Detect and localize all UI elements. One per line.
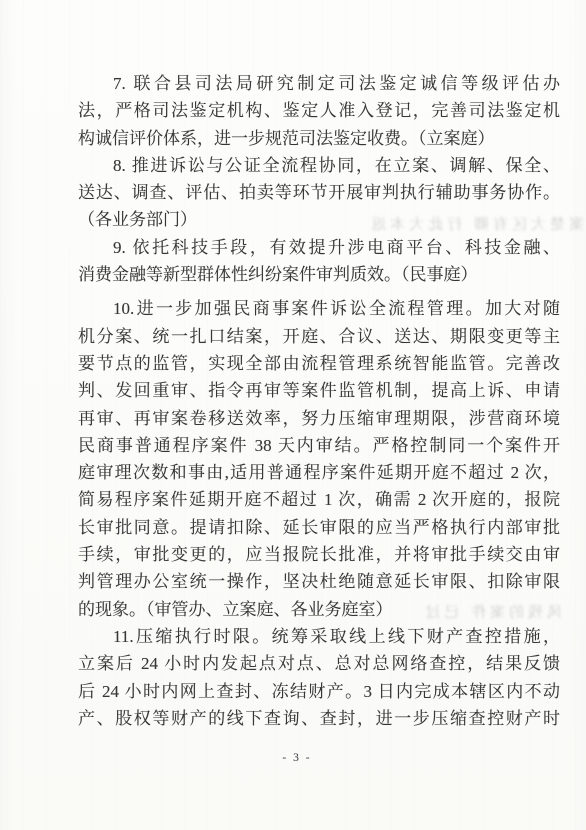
text-line: 消费金融等新型群体性纠纷案件审判质效。（民事庭） — [78, 261, 560, 288]
text-line: 送达、调查、评估、拍卖等环节开展审判执行辅助事务协作。 — [78, 179, 560, 206]
text-line: 民商事普通程序案件 38 天内审结。严格控制同一个案件开 — [78, 432, 560, 459]
text-line: 法，严格司法鉴定机构、鉴定人准入登记，完善司法鉴定机 — [78, 97, 560, 124]
text-line: 11.压缩执行时限。统筹采取线上线下财产查控措施， — [78, 623, 560, 650]
text-line: 立案后 24 小时内发起点对点、总对总网络查控，结果反馈 — [78, 650, 560, 677]
text-line: 10.进一步加强民商事案件诉讼全流程管理。加大对随 — [78, 295, 560, 322]
text-line: 判管理办公室统一操作，坚决杜绝随意延长审限、扣除审限 — [78, 568, 560, 595]
text-line: 产、股权等财产的线下查询、查封，进一步压缩查控财产时 — [78, 705, 560, 732]
text-line: 后 24 小时内网上查封、冻结财产。3 日内完成本辖区内不动 — [78, 678, 560, 705]
page-number: - 3 - — [247, 752, 347, 764]
document-body: 7. 联合县司法局研究制定司法鉴定诚信等级评估办 法，严格司法鉴定机构、鉴定人准… — [78, 70, 560, 732]
text-line: 手续，审批变更的，应当报院长批准，并将审批手续交由审 — [78, 541, 560, 568]
text-line: 8. 推进诉讼与公证全流程协同，在立案、调解、保全、 — [78, 152, 560, 179]
text-line: 7. 联合县司法局研究制定司法鉴定诚信等级评估办 — [78, 70, 560, 97]
text-line: 的现象。（审管办、立案庭、各业务庭室） — [78, 596, 560, 623]
text-line: 要节点的监管，实现全部由流程管理系统智能监管。完善改 — [78, 350, 560, 377]
text-line: 简易程序案件延期开庭不超过 1 次，确需 2 次开庭的，报院 — [78, 486, 560, 513]
text-line: 机分案、统一扎口结案，开庭、合议、送达、期限变更等主 — [78, 323, 560, 350]
text-line: 判、发回重审、指令再审等案件监管机制，提高上诉、申请 — [78, 377, 560, 404]
text-line: 长审批同意。提请扣除、延长审限的应当严格执行内部审批 — [78, 514, 560, 541]
text-line: 构诚信评价体系，进一步规范司法鉴定收费。（立案庭） — [78, 125, 560, 152]
text-line: 再审、再审案卷移送效率，努力压缩审理期限，涉营商环境 — [78, 405, 560, 432]
text-line: （各业务部门） — [78, 206, 560, 233]
text-line: 庭审理次数和事由,适用普通程序案件延期开庭不超过 2 次， — [78, 459, 560, 486]
text-line: 9. 依托科技手段，有效提升涉电商平台、科技金融、 — [78, 234, 560, 261]
